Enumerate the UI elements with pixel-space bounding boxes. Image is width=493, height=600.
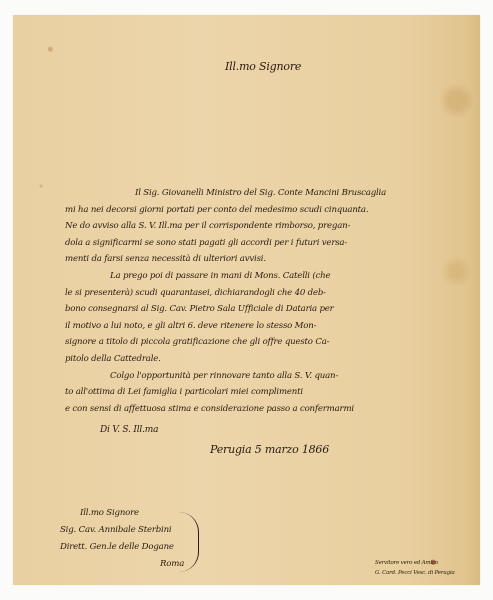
signature-line: Servitore vero ed Amico xyxy=(375,558,455,568)
salutation: Ill.mo Signore xyxy=(225,60,301,73)
address-line: Roma xyxy=(60,556,184,573)
body-line: le si presenterà) scudi quarantasei, dic… xyxy=(65,285,465,302)
body-line: menti da farsi senza necessità di ulteri… xyxy=(65,251,465,268)
date-line: Perugia 5 marzo 1866 xyxy=(210,443,329,456)
body-line: pitolo della Cattedrale. xyxy=(65,351,465,368)
address-line: Dirett. Gen.le delle Dogane xyxy=(60,539,184,556)
closing: Di V. S. Ill.ma xyxy=(100,425,158,435)
letter-body: Il Sig. Giovanelli Ministro del Sig. Con… xyxy=(65,185,465,417)
body-line: to all'ottima di Lei famiglia i particol… xyxy=(65,384,465,401)
signature-line: G. Card. Pecci Vesc. di Perugia xyxy=(375,568,455,578)
body-line: signore a titolo di piccola gratificazio… xyxy=(65,334,465,351)
body-line: e con sensi di affettuosa stima e consid… xyxy=(65,401,465,418)
body-line: il motivo a lui noto, e gli altri 6. dev… xyxy=(65,318,465,335)
body-line: Il Sig. Giovanelli Ministro del Sig. Con… xyxy=(65,185,465,202)
body-line: Ne do avviso alla S. V. Ill.ma per il co… xyxy=(65,218,465,235)
body-line: Colgo l'opportunità per rinnovare tanto … xyxy=(65,368,465,385)
body-line: La prego poi di passare in mani di Mons.… xyxy=(65,268,465,285)
address-block: Ill.mo Signore Sig. Cav. Annibale Sterbi… xyxy=(60,505,184,573)
body-line: bono consegnarsi al Sig. Cav. Pietro Sal… xyxy=(65,301,465,318)
body-line: dola a significarmi se sono stati pagati… xyxy=(65,235,465,252)
address-line: Sig. Cav. Annibale Sterbini xyxy=(60,522,184,539)
address-line: Ill.mo Signore xyxy=(60,505,184,522)
signature-note: Servitore vero ed Amico G. Card. Pecci V… xyxy=(375,558,455,578)
body-line: mi ha nei decorsi giorni portati per con… xyxy=(65,202,465,219)
